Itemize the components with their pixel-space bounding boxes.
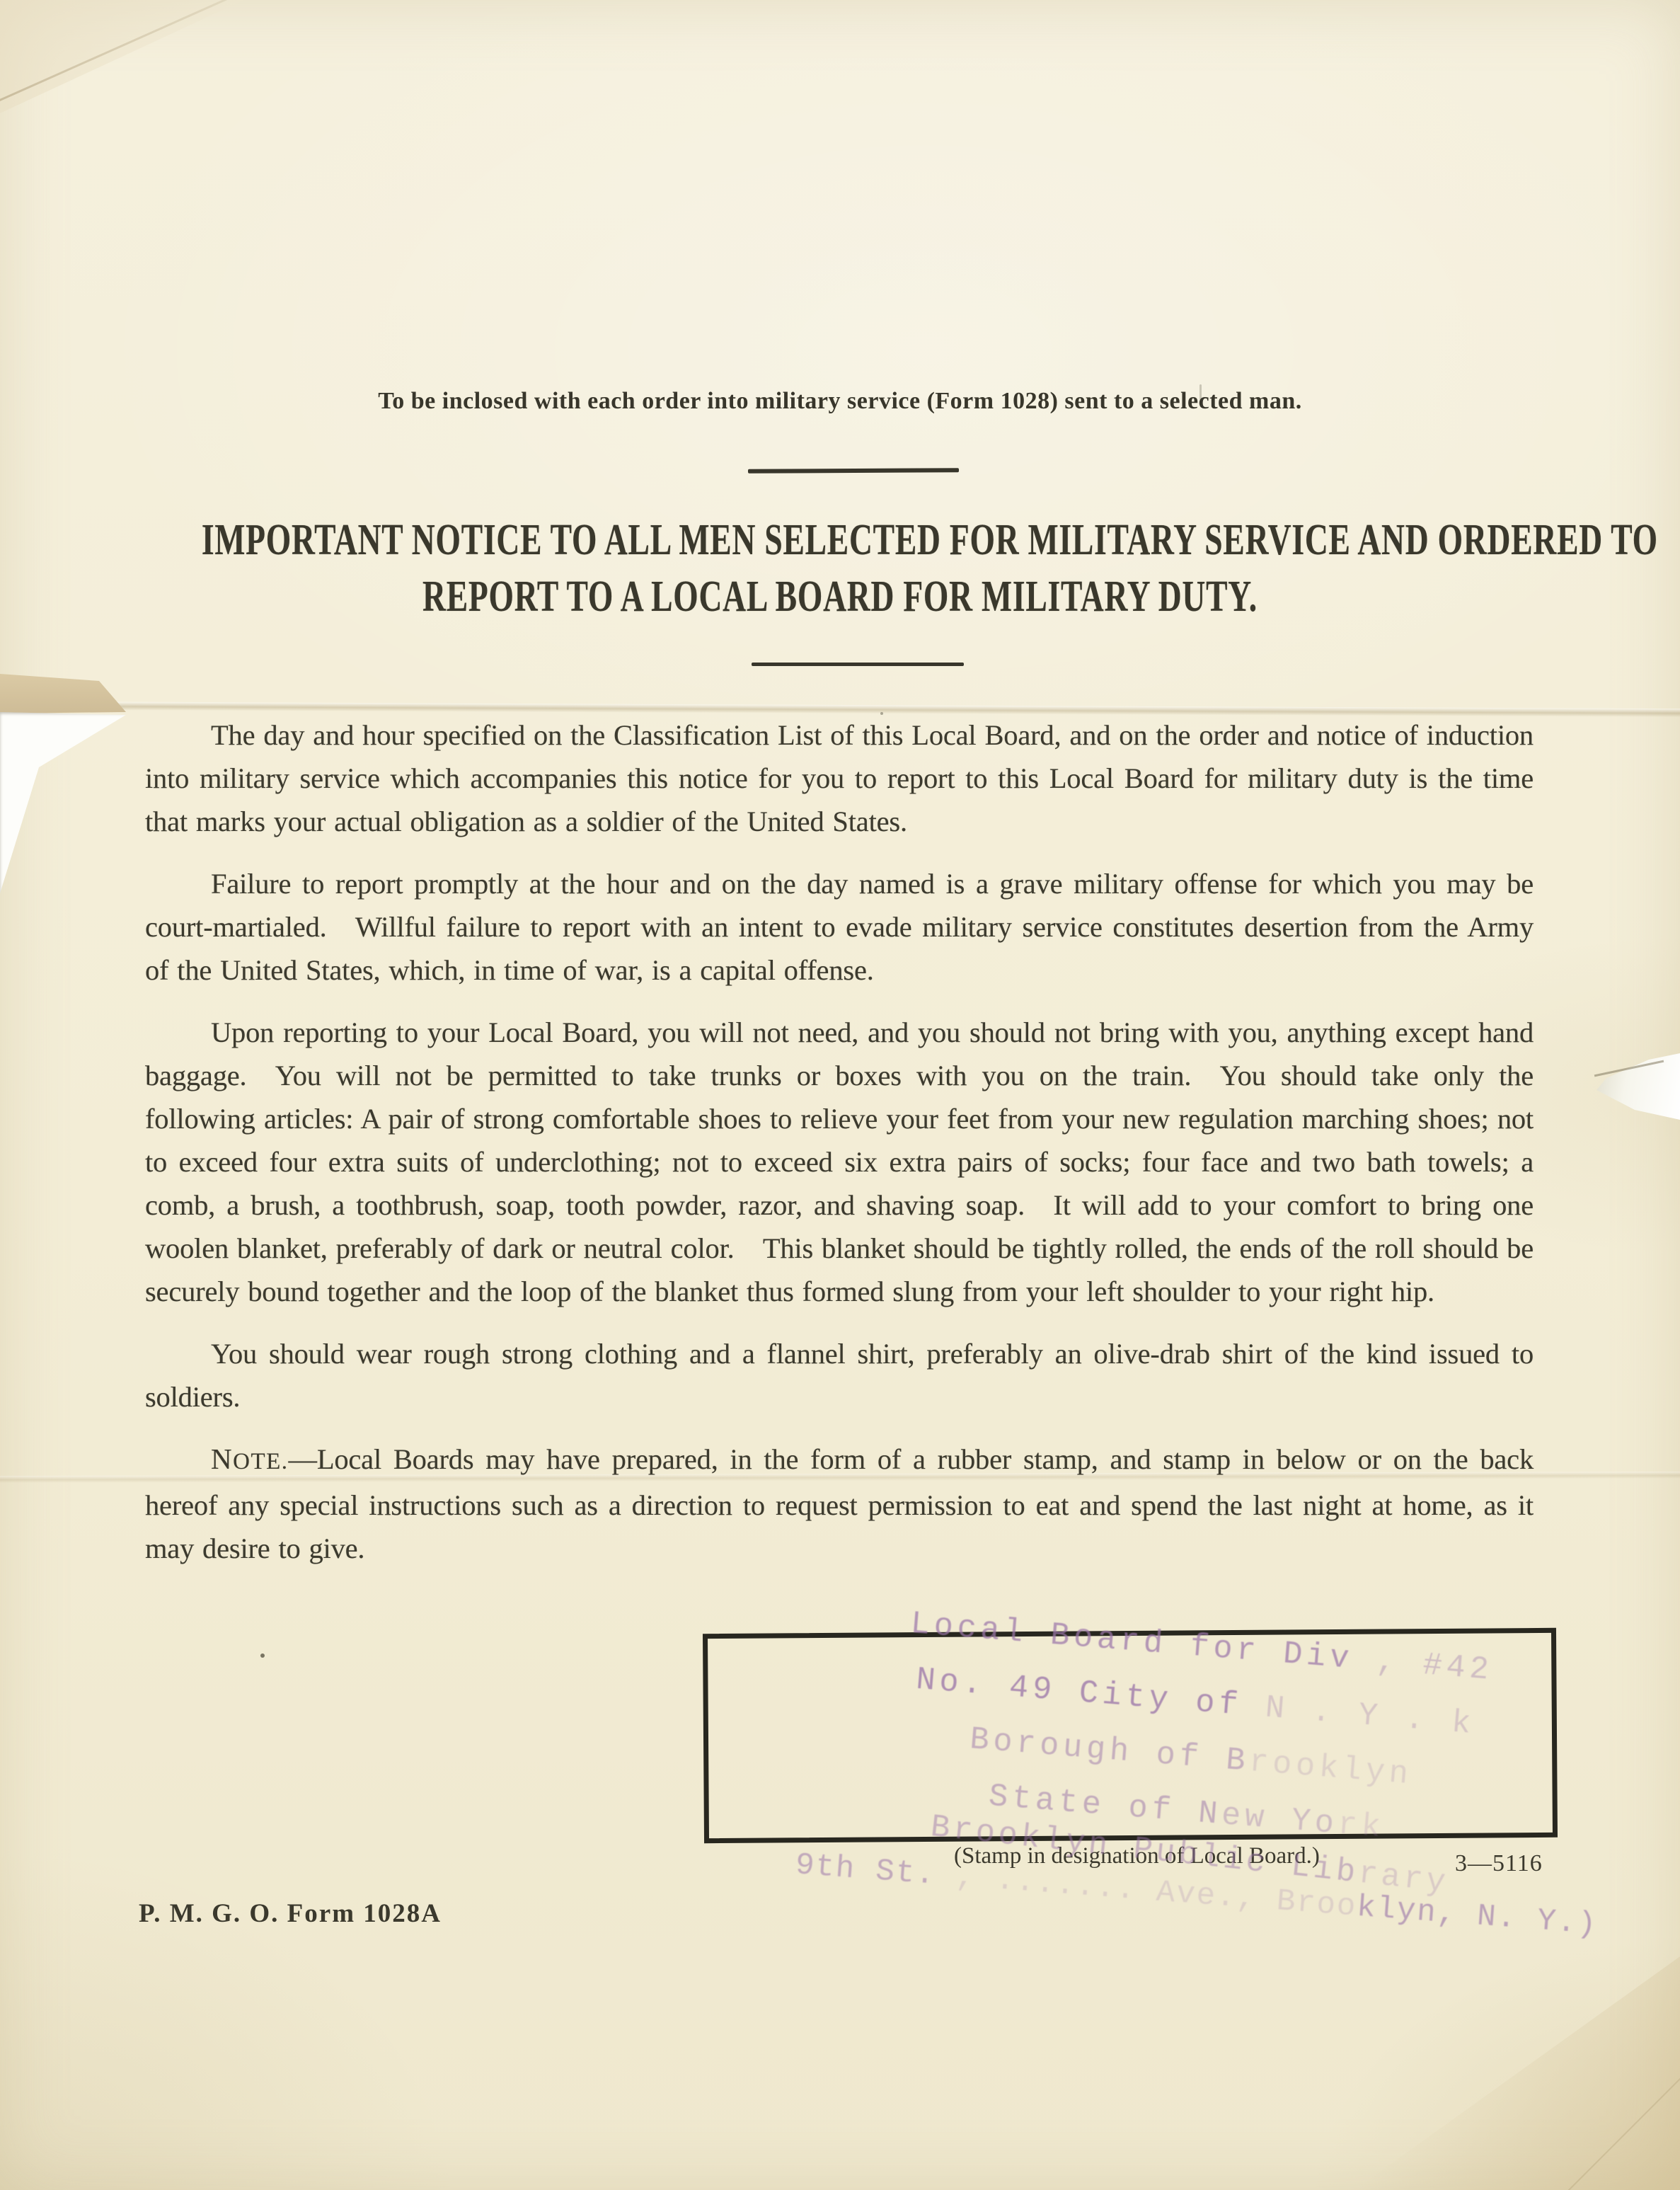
divider-rule-bottom [752,663,964,666]
distribution-note: To be inclosed with each order into mili… [0,388,1680,415]
stamp-text-segment: 9th St. [794,1847,937,1893]
scan-background-wedge-left [0,711,131,898]
ink-speck [260,1653,265,1658]
note-paragraph: NOTE.—Local Boards may have prepared, in… [145,1438,1534,1570]
note-label: NOTE. [211,1438,289,1484]
notice-body: The day and hour specified on the Classi… [145,713,1534,1589]
fold-crease-topleft-line [0,0,243,105]
body-paragraph: You should wear rough strong clothing an… [145,1332,1534,1418]
notice-title-line1: IMPORTANT NOTICE TO ALL MEN SELECTED FOR… [202,510,1478,569]
form-number: P. M. G. O. Form 1028A [139,1898,442,1929]
body-paragraph: Upon reporting to your Local Board, you … [145,1011,1534,1313]
fold-crease-bottomright [1565,2043,1680,2190]
fold-crease-topleft-shade [0,0,244,113]
stamp-text-segment: rooklyn [1248,1744,1413,1793]
paper-stain-bottomright [1354,1956,1680,2190]
body-paragraph: Failure to report promptly at the hour a… [145,862,1534,992]
stamp-text-segment: klyn, N. Y.) [1355,1890,1599,1943]
stamp-text-segment: N . Y . k [1241,1688,1476,1743]
body-paragraph: The day and hour specified on the Classi… [145,713,1534,843]
stamp-text-segment: ew Yo [1220,1797,1340,1842]
notice-title-line2: REPORT TO A LOCAL BOARD FOR MILITARY DUT… [202,566,1478,626]
note-text: —Local Boards may have prepared, in the … [145,1443,1534,1564]
paper-tear-shadow [1594,1060,1664,1077]
stamp-text-segment: rk [1337,1806,1386,1846]
scanned-form-page: To be inclosed with each order into mili… [0,0,1680,2190]
folded-edge-tan-patch [0,671,127,715]
paper-tear-right-edge [1591,1051,1680,1122]
stamp-text-segment: , #42 [1352,1641,1494,1689]
notice-title: IMPORTANT NOTICE TO ALL MEN SELECTED FOR… [0,511,1680,624]
divider-rule-top [748,468,959,474]
